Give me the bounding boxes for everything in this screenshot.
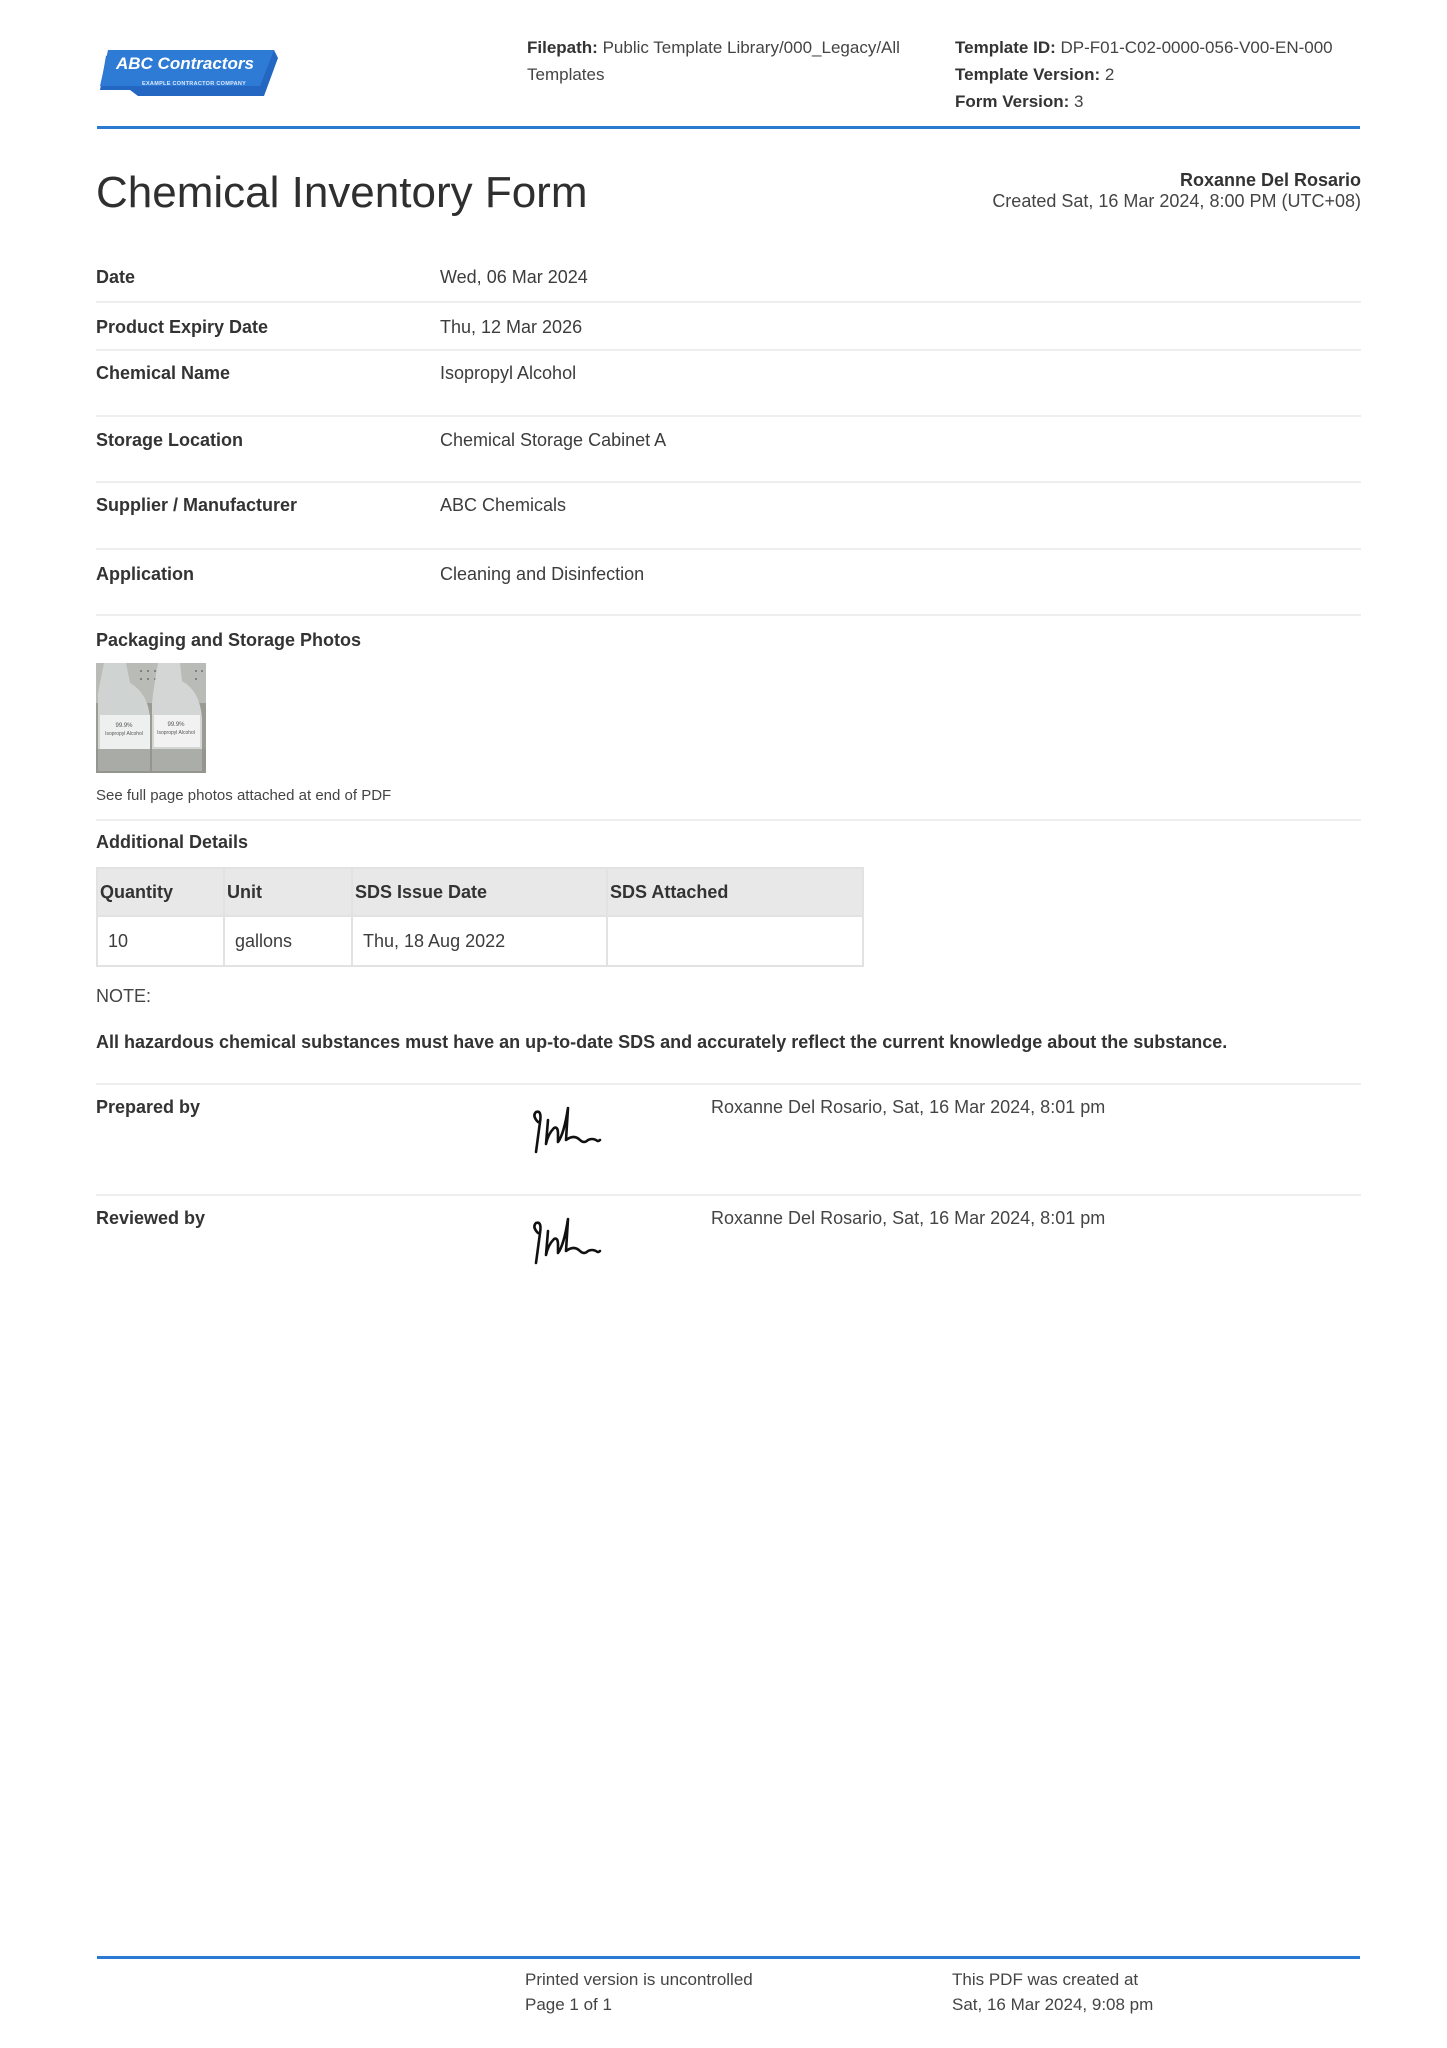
cell-sds-issue-date: Thu, 18 Aug 2022 — [352, 916, 607, 966]
field-value: Chemical Storage Cabinet A — [440, 430, 666, 451]
template-meta: Template ID: DP-F01-C02-0000-056-V00-EN-… — [955, 34, 1395, 115]
template-version: Template Version: 2 — [955, 61, 1395, 88]
bottle-label-percent: 99.9% — [167, 722, 185, 728]
reviewed-by-signed: Roxanne Del Rosario, Sat, 16 Mar 2024, 8… — [711, 1208, 1105, 1229]
filepath-label: Filepath: — [527, 38, 598, 57]
signature-icon — [524, 1100, 634, 1160]
form-version-value: 3 — [1074, 92, 1083, 111]
additional-details-title: Additional Details — [96, 832, 248, 853]
field-value: Wed, 06 Mar 2024 — [440, 267, 588, 288]
field-row-supplier: Supplier / Manufacturer ABC Chemicals — [96, 483, 1361, 550]
field-label: Supplier / Manufacturer — [96, 495, 297, 516]
field-row-date: Date Wed, 06 Mar 2024 — [96, 253, 1361, 303]
footer-divider — [97, 1956, 1360, 1959]
company-logo: ABC Contractors EXAMPLE CONTRACTOR COMPA… — [98, 48, 280, 100]
template-id-label: Template ID: — [955, 38, 1056, 57]
note-label: NOTE: — [96, 986, 151, 1007]
column-header-unit: Unit — [224, 868, 352, 916]
page-title: Chemical Inventory Form — [96, 168, 587, 218]
prepared-by-signed: Roxanne Del Rosario, Sat, 16 Mar 2024, 8… — [711, 1097, 1105, 1118]
field-row-storage-location: Storage Location Chemical Storage Cabine… — [96, 417, 1361, 483]
packaging-photo-thumbnail[interactable]: 99.9% Isopropyl Alcohol 99.9% Isopropyl … — [96, 663, 206, 773]
field-label: Storage Location — [96, 430, 243, 451]
logo-title: ABC Contractors — [116, 54, 254, 74]
photos-section-title: Packaging and Storage Photos — [96, 630, 361, 651]
field-value: Isopropyl Alcohol — [440, 363, 576, 384]
field-label: Date — [96, 267, 135, 288]
signature-icon — [524, 1211, 634, 1271]
cell-unit: gallons — [224, 916, 352, 966]
field-value: ABC Chemicals — [440, 495, 566, 516]
field-row-application: Application Cleaning and Disinfection — [96, 550, 1361, 616]
cell-sds-attached — [607, 916, 863, 966]
pdf-created-timestamp: Sat, 16 Mar 2024, 9:08 pm — [952, 1992, 1153, 2017]
column-header-sds-issue-date: SDS Issue Date — [352, 868, 607, 916]
bottle-label-name: Isopropyl Alcohol — [157, 730, 195, 736]
signature-divider — [96, 1083, 1361, 1085]
reviewed-by-signature — [524, 1211, 634, 1271]
pdf-created-label: This PDF was created at — [952, 1967, 1153, 1992]
column-header-quantity: Quantity — [97, 868, 224, 916]
note-text: All hazardous chemical substances must h… — [96, 1032, 1227, 1053]
prepared-by-label: Prepared by — [96, 1097, 200, 1118]
template-version-label: Template Version: — [955, 65, 1100, 84]
author-name: Roxanne Del Rosario — [992, 170, 1361, 191]
form-version: Form Version: 3 — [955, 88, 1395, 115]
header-divider — [97, 126, 1360, 129]
photos-caption: See full page photos attached at end of … — [96, 787, 391, 804]
field-label: Application — [96, 564, 194, 585]
additional-details-table: Quantity Unit SDS Issue Date SDS Attache… — [96, 867, 864, 967]
signature-divider — [96, 1194, 1361, 1196]
column-header-sds-attached: SDS Attached — [607, 868, 863, 916]
uncontrolled-notice: Printed version is uncontrolled — [525, 1967, 753, 1992]
cell-quantity: 10 — [97, 916, 224, 966]
reviewed-by-label: Reviewed by — [96, 1208, 205, 1229]
bottle-label-percent: 99.9% — [115, 723, 133, 729]
footer-right: This PDF was created at Sat, 16 Mar 2024… — [952, 1967, 1153, 2017]
field-row-expiry-date: Product Expiry Date Thu, 12 Mar 2026 — [96, 303, 1361, 351]
logo-subtitle: EXAMPLE CONTRACTOR COMPANY — [142, 81, 246, 87]
photos-divider — [96, 819, 1361, 821]
filepath: Filepath: Public Template Library/000_Le… — [527, 34, 937, 88]
bottle-label-name: Isopropyl Alcohol — [105, 731, 143, 737]
table-header-row: Quantity Unit SDS Issue Date SDS Attache… — [97, 868, 863, 916]
field-label: Chemical Name — [96, 363, 230, 384]
template-version-value: 2 — [1105, 65, 1114, 84]
created-timestamp: Created Sat, 16 Mar 2024, 8:00 PM (UTC+0… — [992, 191, 1361, 212]
table-row: 10 gallons Thu, 18 Aug 2022 — [97, 916, 863, 966]
field-value: Thu, 12 Mar 2026 — [440, 317, 582, 338]
footer-left: Printed version is uncontrolled Page 1 o… — [525, 1967, 753, 2017]
form-fields: Date Wed, 06 Mar 2024 Product Expiry Dat… — [96, 253, 1361, 616]
prepared-by-signature — [524, 1100, 634, 1160]
field-value: Cleaning and Disinfection — [440, 564, 644, 585]
chemical-bottles-photo-icon: 99.9% Isopropyl Alcohol 99.9% Isopropyl … — [96, 663, 206, 773]
template-id: Template ID: DP-F01-C02-0000-056-V00-EN-… — [955, 34, 1395, 61]
author-block: Roxanne Del Rosario Created Sat, 16 Mar … — [992, 170, 1361, 212]
field-row-chemical-name: Chemical Name Isopropyl Alcohol — [96, 351, 1361, 417]
field-label: Product Expiry Date — [96, 317, 268, 338]
page-number: Page 1 of 1 — [525, 1992, 753, 2017]
template-id-value: DP-F01-C02-0000-056-V00-EN-000 — [1061, 38, 1333, 57]
form-version-label: Form Version: — [955, 92, 1069, 111]
